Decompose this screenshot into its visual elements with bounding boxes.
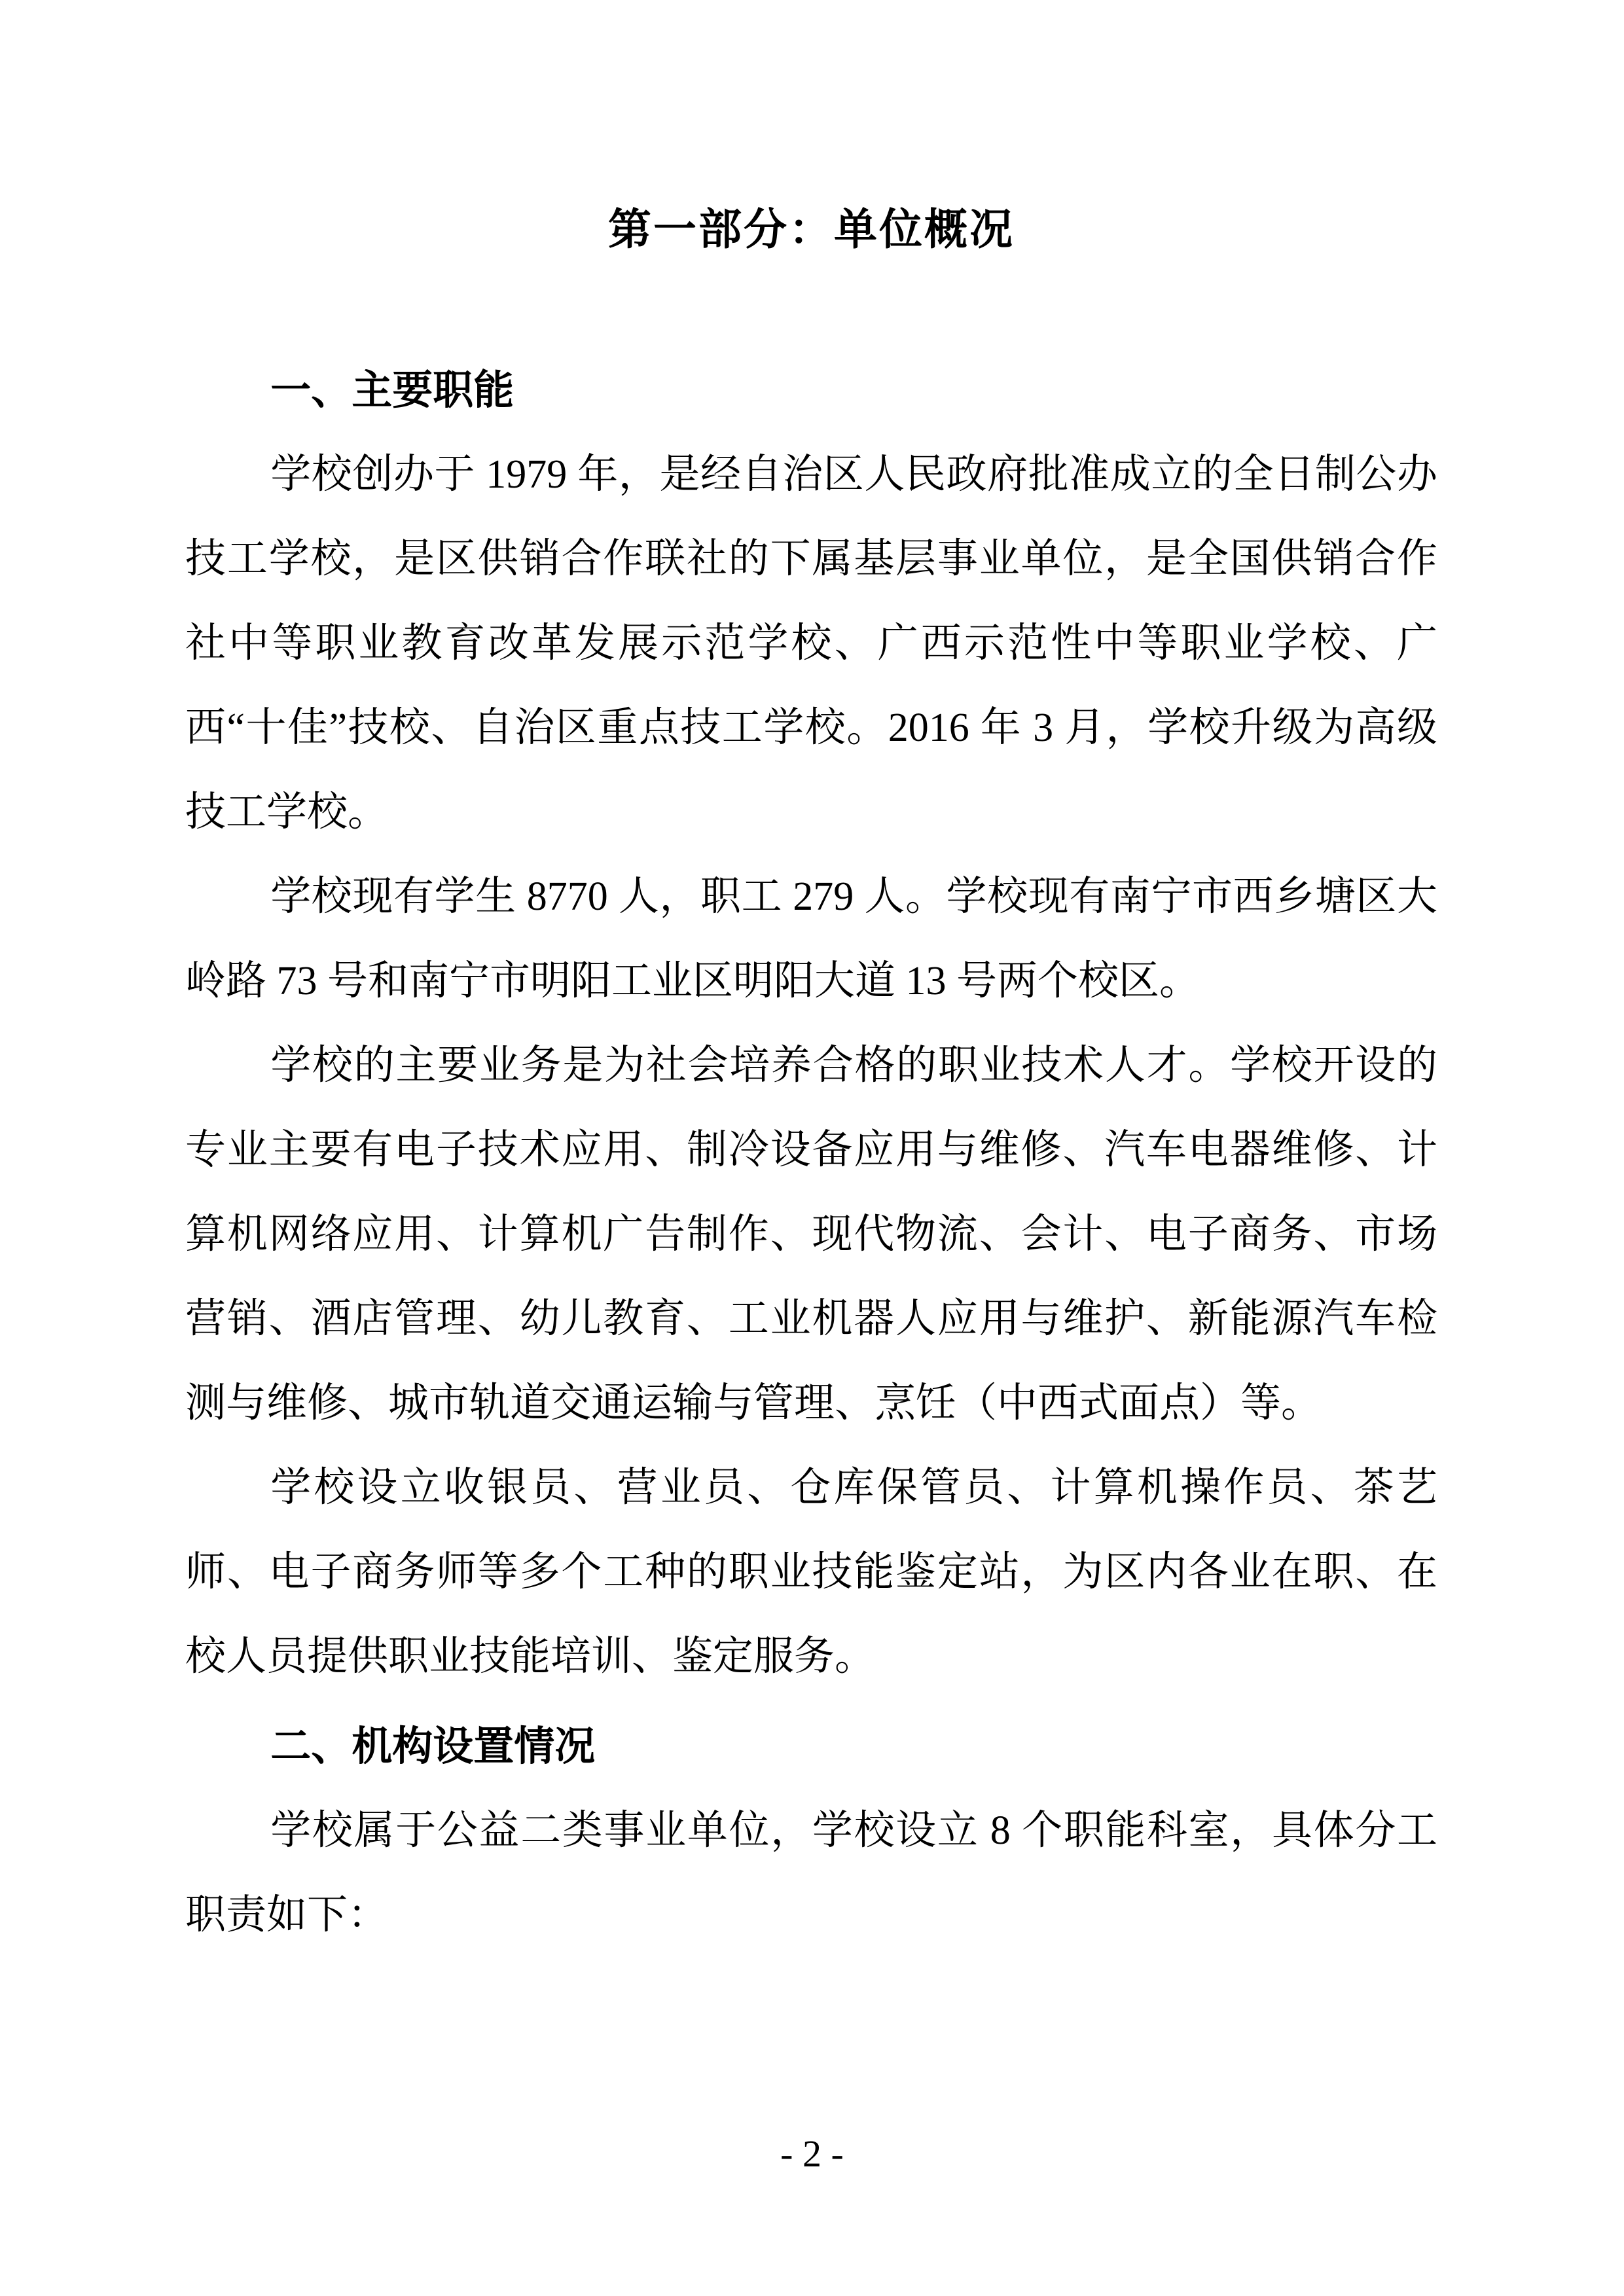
section-heading-organization-setup: 二、机构设置情况 [185,1704,1437,1789]
paragraph: 学校现有学生 8770 人，职工 279 人。学校现有南宁市西乡塘区大岭路 73… [185,855,1437,1024]
document-title: 第一部分：单位概况 [185,196,1437,262]
paragraph: 学校创办于 1979 年，是经自治区人民政府批准成立的全日制公办技工学校，是区供… [185,433,1437,855]
paragraph: 学校属于公益二类事业单位，学校设立 8 个职能科室，具体分工职责如下： [185,1789,1437,1958]
document-body: 第一部分：单位概况 一、主要职能 学校创办于 1979 年，是经自治区人民政府批… [185,0,1437,1958]
paragraph: 学校的主要业务是为社会培养合格的职业技术人才。学校开设的专业主要有电子技术应用、… [185,1024,1437,1446]
paragraph: 学校设立收银员、营业员、仓库保管员、计算机操作员、茶艺师、电子商务师等多个工种的… [185,1446,1437,1699]
page-number: - 2 - [0,2132,1624,2176]
document-page: { "doc": { "title": "第一部分：单位概况", "sectio… [0,0,1624,2296]
section-heading-main-functions: 一、主要职能 [185,348,1437,433]
